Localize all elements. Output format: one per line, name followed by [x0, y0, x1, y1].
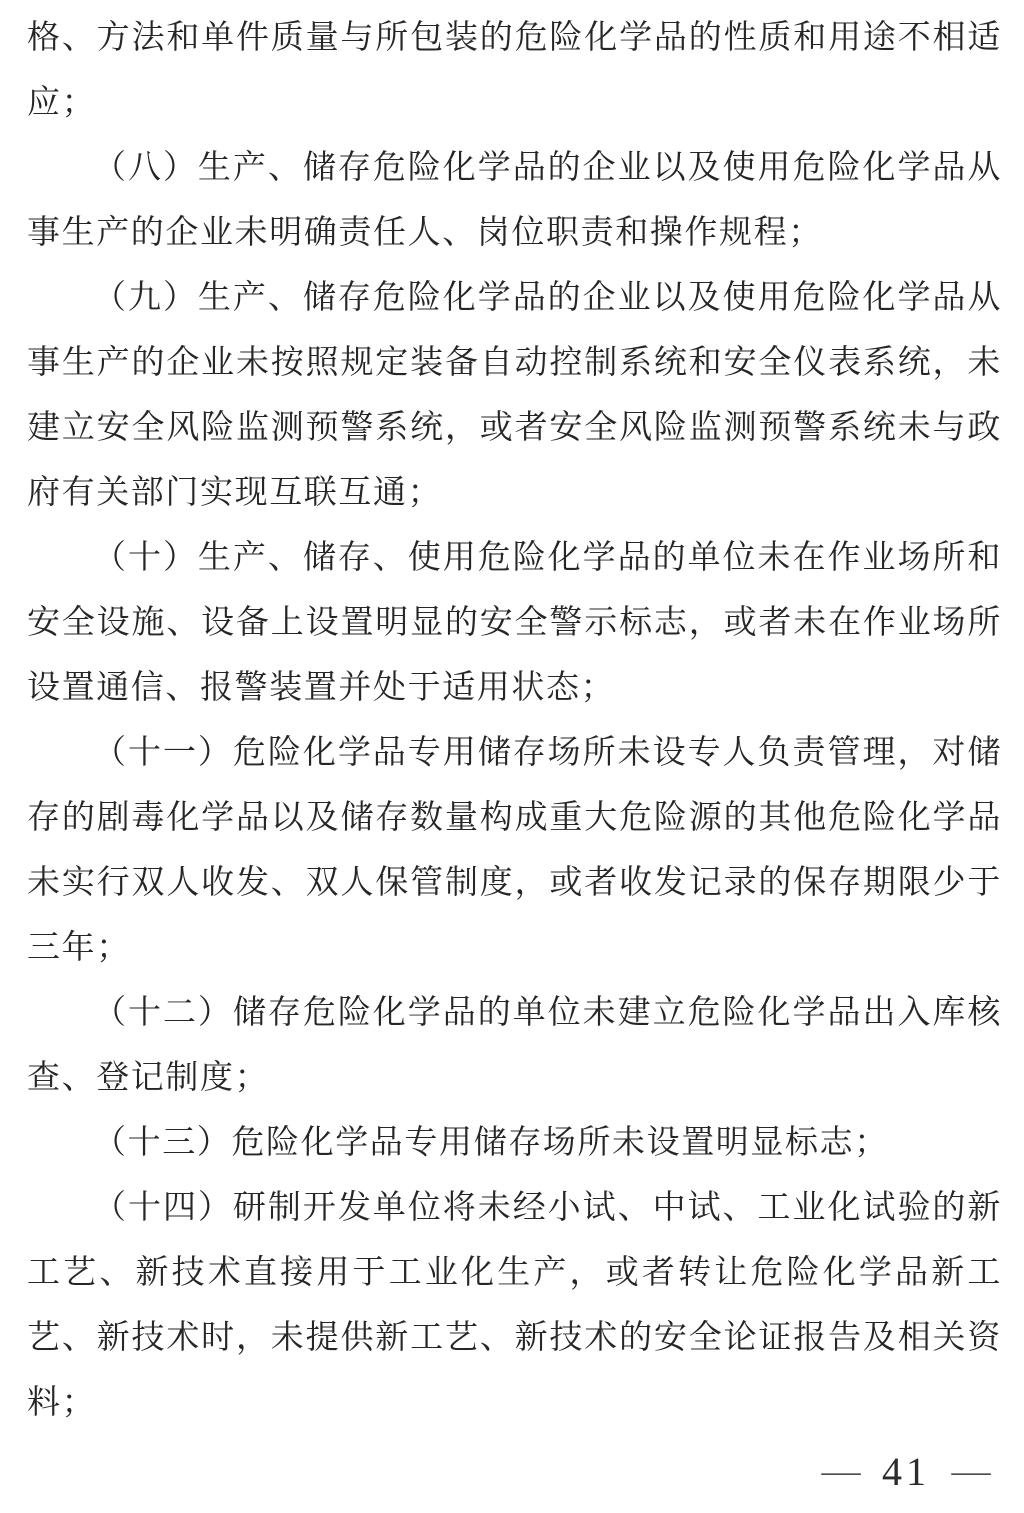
paragraph-item-11: （十一）危险化学品专用储存场所未设专人负责管理，对储存的剧毒化学品以及储存数量构…	[27, 721, 1002, 981]
paragraph-item-8: （八）生产、储存危险化学品的企业以及使用危险化学品从事生产的企业未明确责任人、岗…	[27, 136, 1002, 266]
paragraph-continuation: 格、方法和单件质量与所包装的危险化学品的性质和用途不相适应；	[27, 6, 1002, 136]
paragraph-item-9: （九）生产、储存危险化学品的企业以及使用危险化学品从事生产的企业未按照规定装备自…	[27, 266, 1002, 526]
footer: — 41 —	[824, 1448, 988, 1496]
page-number: 41	[882, 1448, 930, 1496]
paragraph-item-14: （十四）研制开发单位将未经小试、中试、工业化试验的新工艺、新技术直接用于工业化生…	[27, 1176, 1002, 1436]
paragraph-item-13: （十三）危险化学品专用储存场所未设置明显标志；	[27, 1111, 1002, 1176]
body-text: 格、方法和单件质量与所包装的危险化学品的性质和用途不相适应； （八）生产、储存危…	[27, 6, 1002, 1436]
footer-right-dash: —	[951, 1448, 990, 1496]
paragraph-item-12: （十二）储存危险化学品的单位未建立危险化学品出入库核查、登记制度；	[27, 981, 1002, 1111]
paragraph-item-10: （十）生产、储存、使用危险化学品的单位未在作业场所和安全设施、设备上设置明显的安…	[27, 526, 1002, 721]
footer-left-dash: —	[821, 1448, 860, 1496]
document-page: 格、方法和单件质量与所包装的危险化学品的性质和用途不相适应； （八）生产、储存危…	[0, 0, 1024, 1513]
